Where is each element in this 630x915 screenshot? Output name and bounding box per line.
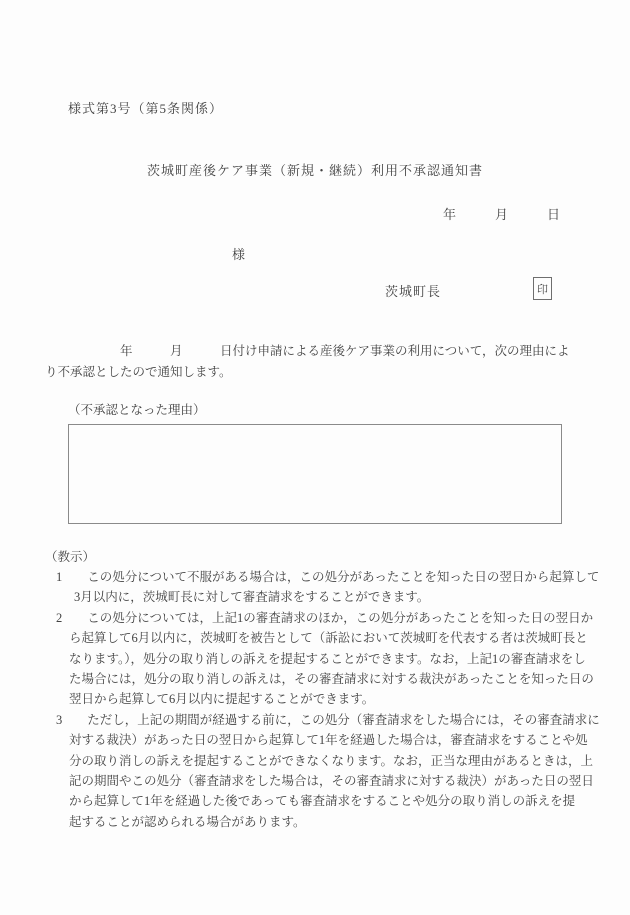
seal-placeholder-box: 印 [533,277,552,300]
seal-label: 印 [537,281,548,297]
kyoji-item-3-line: 3 ただし，上記の期間が経過する前に，この処分（審査請求をした場合には，その審査… [45,710,595,730]
notification-paragraph-line: 年 月 日付け申請による産後ケア事業の利用について，次の理由によ [45,341,590,362]
kyoji-item-2-line: た場合には，処分の取り消しの訴えは，その審査請求に対する裁決があったことを知った… [45,669,595,689]
kyoji-item-2-line: ら起算して6月以内に，茨城町を被告として（訴訟において茨城町を代表する者は茨城町… [45,628,595,648]
form-number: 様式第3号（第5条関係） [68,98,223,117]
kyoji-item-3-line: 起することが認められる場合があります。 [45,812,595,832]
document-title: 茨城町産後ケア事業（新規・継続）利用不承認通知書 [0,160,630,179]
issue-date-line: 年 月 日 [0,204,630,223]
kyoji-item-1-line: 3月以内に，茨城町長に対して審査請求をすることができます。 [45,587,595,607]
notification-paragraph: 年 月 日付け申請による産後ケア事業の利用について，次の理由によ り不承認とした… [45,341,590,383]
reason-section-label: （不承認となった理由） [68,400,206,418]
kyoji-item-3-line: 記の期間やこの処分（審査請求をした場合は，その審査請求に対する裁決）があった日の… [45,771,595,791]
kyoji-item-2-line: 2 この処分については，上記1の審査請求のほか，この処分があったことを知った日の… [45,608,595,628]
issuer-name: 茨城町長 [385,281,441,300]
kyoji-item-2-line: 翌日から起算して6月以内に提起することができます。 [45,689,595,709]
kyoji-item-1-line: 1 この処分について不服がある場合は，この処分があったことを知った日の翌日から起… [45,567,595,587]
kyoji-item-3-line: 対する裁決）があった日の翌日から起算して1年を経過した場合は，審査請求をすること… [45,730,595,750]
kyoji-item-2-line: なります。），処分の取り消しの訴えを提起することができます。なお，上記1の審査請… [45,649,595,669]
addressee-suffix: 様 [232,244,245,263]
kyoji-section: 1 この処分について不服がある場合は，この処分があったことを知った日の翌日から起… [45,567,595,832]
document-page: 様式第3号（第5条関係） 茨城町産後ケア事業（新規・継続）利用不承認通知書 年 … [0,0,630,915]
reason-entry-box [68,424,562,524]
notification-paragraph-line: り不承認としたので通知します。 [45,362,590,383]
kyoji-item-3-line: から起算して1年を経過した後であっても審査請求をすることや処分の取り消しの訴えを… [45,791,595,811]
kyoji-section-label: （教示） [45,547,95,565]
kyoji-item-3-line: 分の取り消しの訴えを提起することができなくなります。なお，正当な理由があるときは… [45,751,595,771]
